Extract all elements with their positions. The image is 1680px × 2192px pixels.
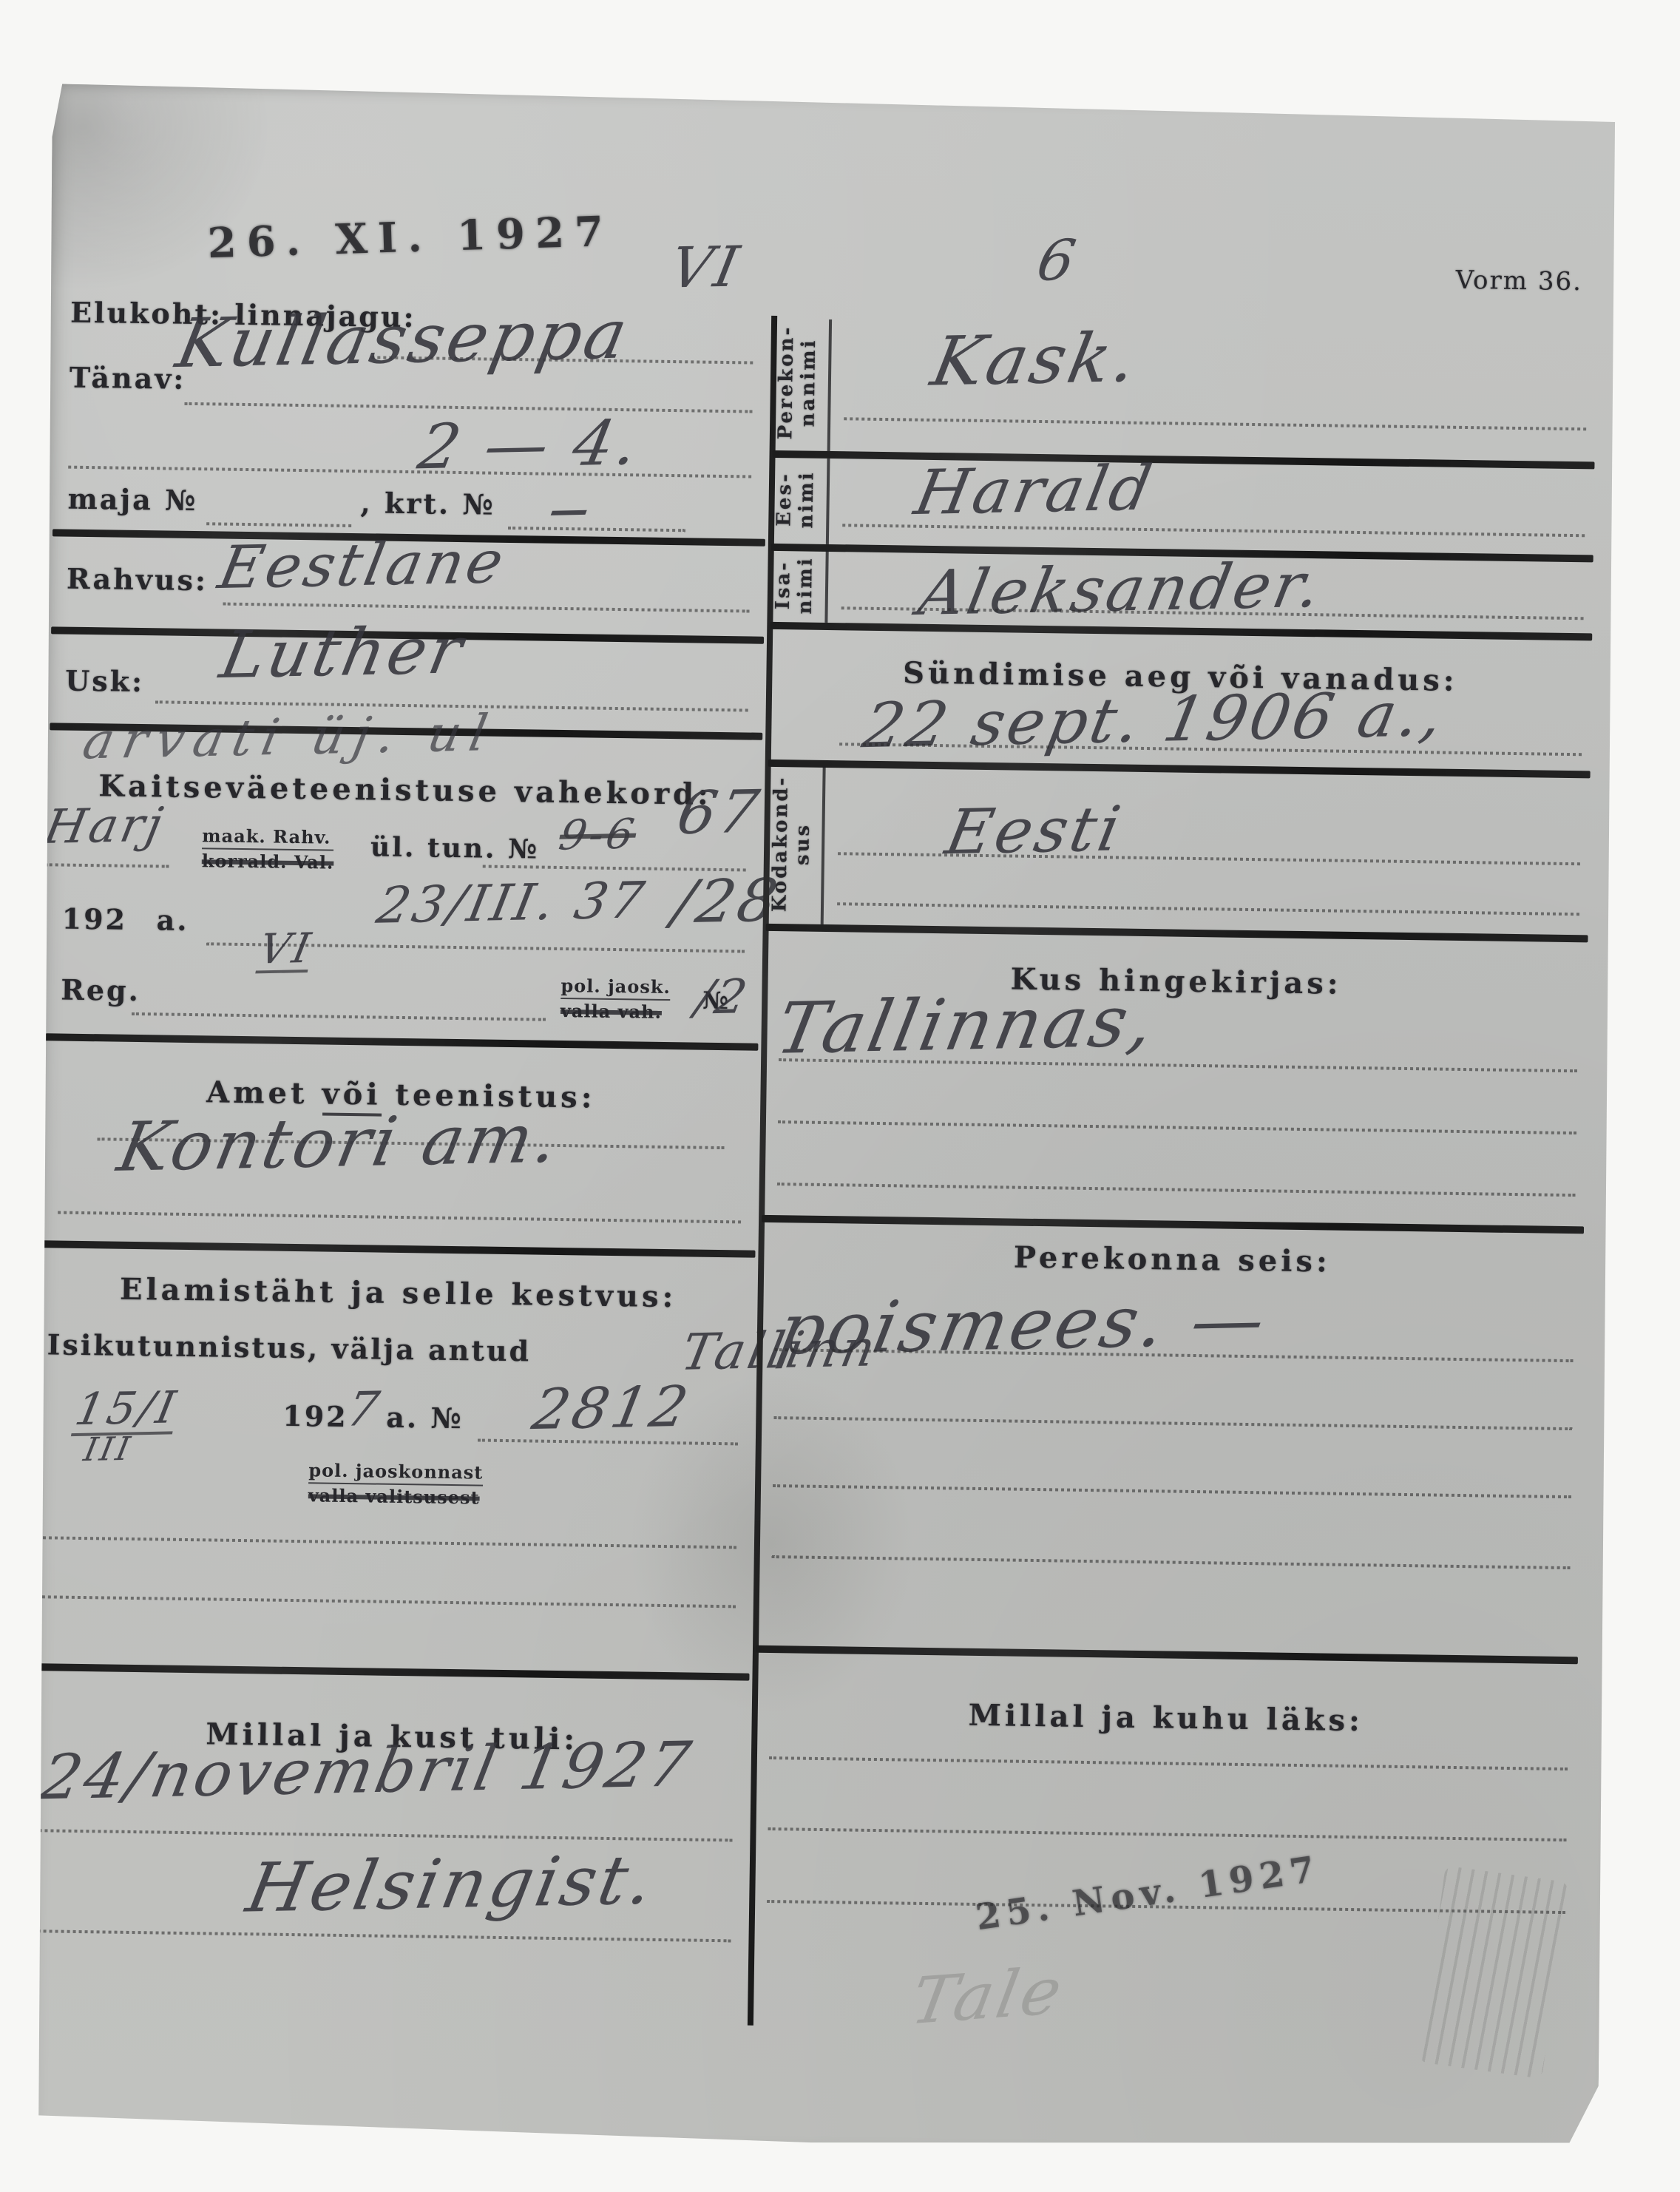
section-divider <box>762 1215 1584 1234</box>
kaitse-option2: korrald. Val. <box>202 849 334 873</box>
dotted-line <box>777 1183 1576 1197</box>
isanimi-vertical-label: Isa-nimi <box>770 549 824 621</box>
kaitse-issuer-options: maak. Rahv. korrald. Val. <box>202 825 334 873</box>
kaitse-option1: maak. Rahv. <box>202 825 334 850</box>
dotted-line <box>45 863 169 867</box>
dotted-line <box>68 466 751 478</box>
laks-heading: Millal ja kuhu läks: <box>757 1694 1574 1741</box>
field-rahvus-label: Rahvus: <box>67 566 208 598</box>
dotted-line <box>844 417 1586 430</box>
kaitse-scrawl-number-handwritten: 67 <box>673 785 765 842</box>
aasta-suffix-label: a. <box>156 907 189 937</box>
isikutunnistus-issuer-options: pol. jaoskonnast valla valitsusest <box>308 1460 484 1508</box>
isikutunnistus-year-digit-handwritten: 7 <box>343 1387 385 1432</box>
paper-crumple-shading <box>50 84 304 324</box>
isanimi-label-text: Isa-nimi <box>775 556 820 615</box>
amet-value-handwritten: Kontori am. <box>113 1107 566 1180</box>
kodakondsus-vertical-label: Kodakond-sus <box>766 765 822 923</box>
dotted-line <box>773 1416 1572 1430</box>
field-tanav-label: Tänav: <box>70 365 186 396</box>
stamp-date-departure: 25. Nov. 1927 <box>973 1847 1324 1938</box>
usk-annotation-scrawl: arvati üj. ul <box>79 710 500 766</box>
dotted-line <box>772 1555 1571 1569</box>
field-maja-label: maja № <box>67 487 197 518</box>
perekonnaseis-heading: Perekonna seis: <box>764 1236 1581 1282</box>
kodakondsus-label-text: Kodakond-sus <box>770 776 816 913</box>
dotted-line <box>508 527 685 532</box>
field-krt-label: , krt. № <box>360 490 495 521</box>
pencil-note-handwritten: Tale <box>907 1961 1068 2034</box>
reg-scrawl2-handwritten: ∕2 <box>692 974 753 1020</box>
section-divider <box>770 622 1592 641</box>
dotted-line <box>768 1827 1567 1841</box>
tanav-numbers-handwritten: 2 — 4. <box>414 413 645 477</box>
reg-issuer-options: pol. jaosk. valla vah. <box>560 975 671 1023</box>
dotted-line <box>58 1211 741 1224</box>
perekonnanimi-label-text: Perekon-nanimi <box>777 325 823 441</box>
stamp-date-received: 26. XI. 1927 <box>207 207 614 268</box>
label-column-rule <box>824 550 828 623</box>
elukoht-house-handwritten: 6 <box>1033 234 1083 288</box>
dotted-line <box>132 1012 546 1021</box>
label-column-rule <box>821 766 826 924</box>
label-column-rule <box>826 459 830 544</box>
elukoht-district-handwritten: VI <box>666 240 745 295</box>
dotted-line <box>773 1484 1571 1498</box>
reg-option2: valla vah. <box>560 999 671 1023</box>
kodakondsus-value-handwritten: Eesti <box>941 800 1128 862</box>
dotted-line <box>769 1756 1568 1770</box>
eesnimi-vertical-label: Ees-nimi <box>771 458 826 541</box>
isikutunnistus-year-suffix: a. № <box>386 1405 464 1435</box>
aasta-date-note-handwritten: 23/III. 37 <box>373 877 651 930</box>
isikutunnistus-year-prefix: 192 <box>282 1404 348 1434</box>
kaitse-tail-label: ül. tun. № <box>370 835 540 865</box>
section-divider <box>756 1645 1578 1665</box>
dotted-line <box>33 1929 731 1942</box>
dotted-line <box>223 603 750 613</box>
section-divider <box>766 924 1588 943</box>
form-number: Vorm 36. <box>1322 267 1582 297</box>
isikutunnistus-day-handwritten: 15/I <box>71 1389 181 1436</box>
usk-value-handwritten: Luther <box>216 621 470 688</box>
elamistaht-heading: Elamistäht ja selle kestvus: <box>41 1270 755 1315</box>
reg-option1: pol. jaosk. <box>560 975 671 1001</box>
dotted-line <box>206 522 351 527</box>
krt-dash-handwritten: — <box>546 493 595 530</box>
section-divider <box>36 1663 749 1680</box>
dotted-line <box>778 1120 1576 1134</box>
section-divider <box>45 1033 758 1050</box>
tuli-place-handwritten: Helsingist. <box>242 1848 660 1921</box>
isikutunnistus-number-handwritten: 2812 <box>529 1380 695 1436</box>
rahvus-value-handwritten: Eestlane <box>214 535 510 597</box>
section-divider <box>772 450 1594 470</box>
isikutunnistus-day-note-handwritten: III <box>81 1436 135 1468</box>
registration-card-paper: 26. XI. 1927 Vorm 36. Elukoht: linnajagu… <box>24 84 1626 2155</box>
isikutunnistus-option2: valla valitsusest <box>308 1484 483 1508</box>
isikutunnistus-label: Isikutunnistus, välja antud <box>47 1332 531 1368</box>
aasta-roman-handwritten: VI <box>255 930 316 972</box>
pencil-hatch-scribble <box>1419 1866 1569 2079</box>
dotted-line <box>837 902 1579 916</box>
section-divider <box>42 1240 755 1257</box>
perekonnanimi-vertical-label: Perekon-nanimi <box>773 319 827 447</box>
dotted-line <box>38 1536 736 1549</box>
aasta-prefix-label: 192 <box>61 907 127 937</box>
section-divider <box>768 760 1591 779</box>
scan-canvas: 26. XI. 1927 Vorm 36. Elukoht: linnajagu… <box>0 0 1680 2192</box>
dotted-line <box>842 524 1585 537</box>
tanav-street-handwritten: Kullasseppa <box>172 303 634 377</box>
tuli-date-handwritten: 24/novembril 1927 <box>36 1735 697 1807</box>
hingekiri-value-handwritten: Tallinnas, <box>771 990 1162 1064</box>
field-reg-label: Reg. <box>61 978 140 1008</box>
eesnimi-label-text: Ees-nimi <box>776 470 821 529</box>
eesnimi-value-handwritten: Harald <box>910 459 1159 523</box>
kaitse-margin-note-handwritten: Harj <box>41 802 169 850</box>
kaitse-crossed-number-handwritten: 9-6 <box>556 816 640 856</box>
field-usk-label: Usk: <box>65 669 144 699</box>
perekonnanimi-value-handwritten: Kask. <box>927 326 1145 395</box>
dotted-line <box>38 1595 736 1608</box>
isikutunnistus-option1: pol. jaoskonnast <box>308 1460 483 1486</box>
label-column-rule <box>827 319 832 451</box>
